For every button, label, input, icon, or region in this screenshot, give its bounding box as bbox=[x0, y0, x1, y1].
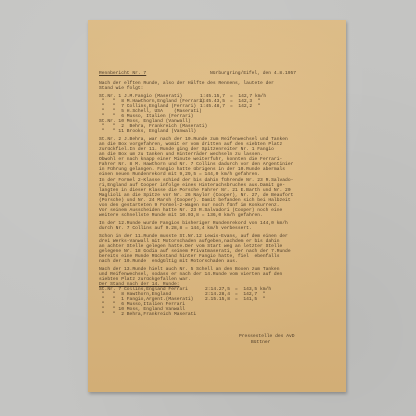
standing-speed: = 142,2 " bbox=[230, 104, 261, 109]
standing-time: 1:45.48,7 bbox=[200, 104, 225, 109]
text-line: nach der 10.Runde endgültig mit Motorsch… bbox=[99, 259, 238, 264]
intro-line: Stand wie folgt: bbox=[99, 86, 143, 91]
signatory-name: Büttner bbox=[251, 340, 270, 345]
standing-speed: = 141,5 " bbox=[235, 297, 266, 302]
text-line: durch Nr. 7 Collins auf 9.28,8 = 144,4 k… bbox=[99, 226, 252, 231]
text-line: einen neuen Rundenrekord mit 9,29,5 = 14… bbox=[99, 172, 260, 177]
press-office: Pressestelle des AvD bbox=[239, 334, 295, 339]
standing-entry: " " 11 Brooks, England (Vanwall) bbox=[99, 129, 196, 134]
document-title: Rennbericht Nr. 7 bbox=[99, 71, 146, 76]
place-date: Nürburgring/Eifel, den 4.8.1957 bbox=[210, 71, 296, 76]
text-line: weitere schnellste Runde mit 10.03,8 = 1… bbox=[99, 213, 263, 218]
standing-time: 2.15.15,8 bbox=[205, 297, 230, 302]
standing-entry: " " 2 Behra,Frankreich Maserati bbox=[99, 312, 196, 317]
typewritten-document: Rennbericht Nr. 7 Nürburgring/Eifel, den… bbox=[88, 20, 346, 392]
